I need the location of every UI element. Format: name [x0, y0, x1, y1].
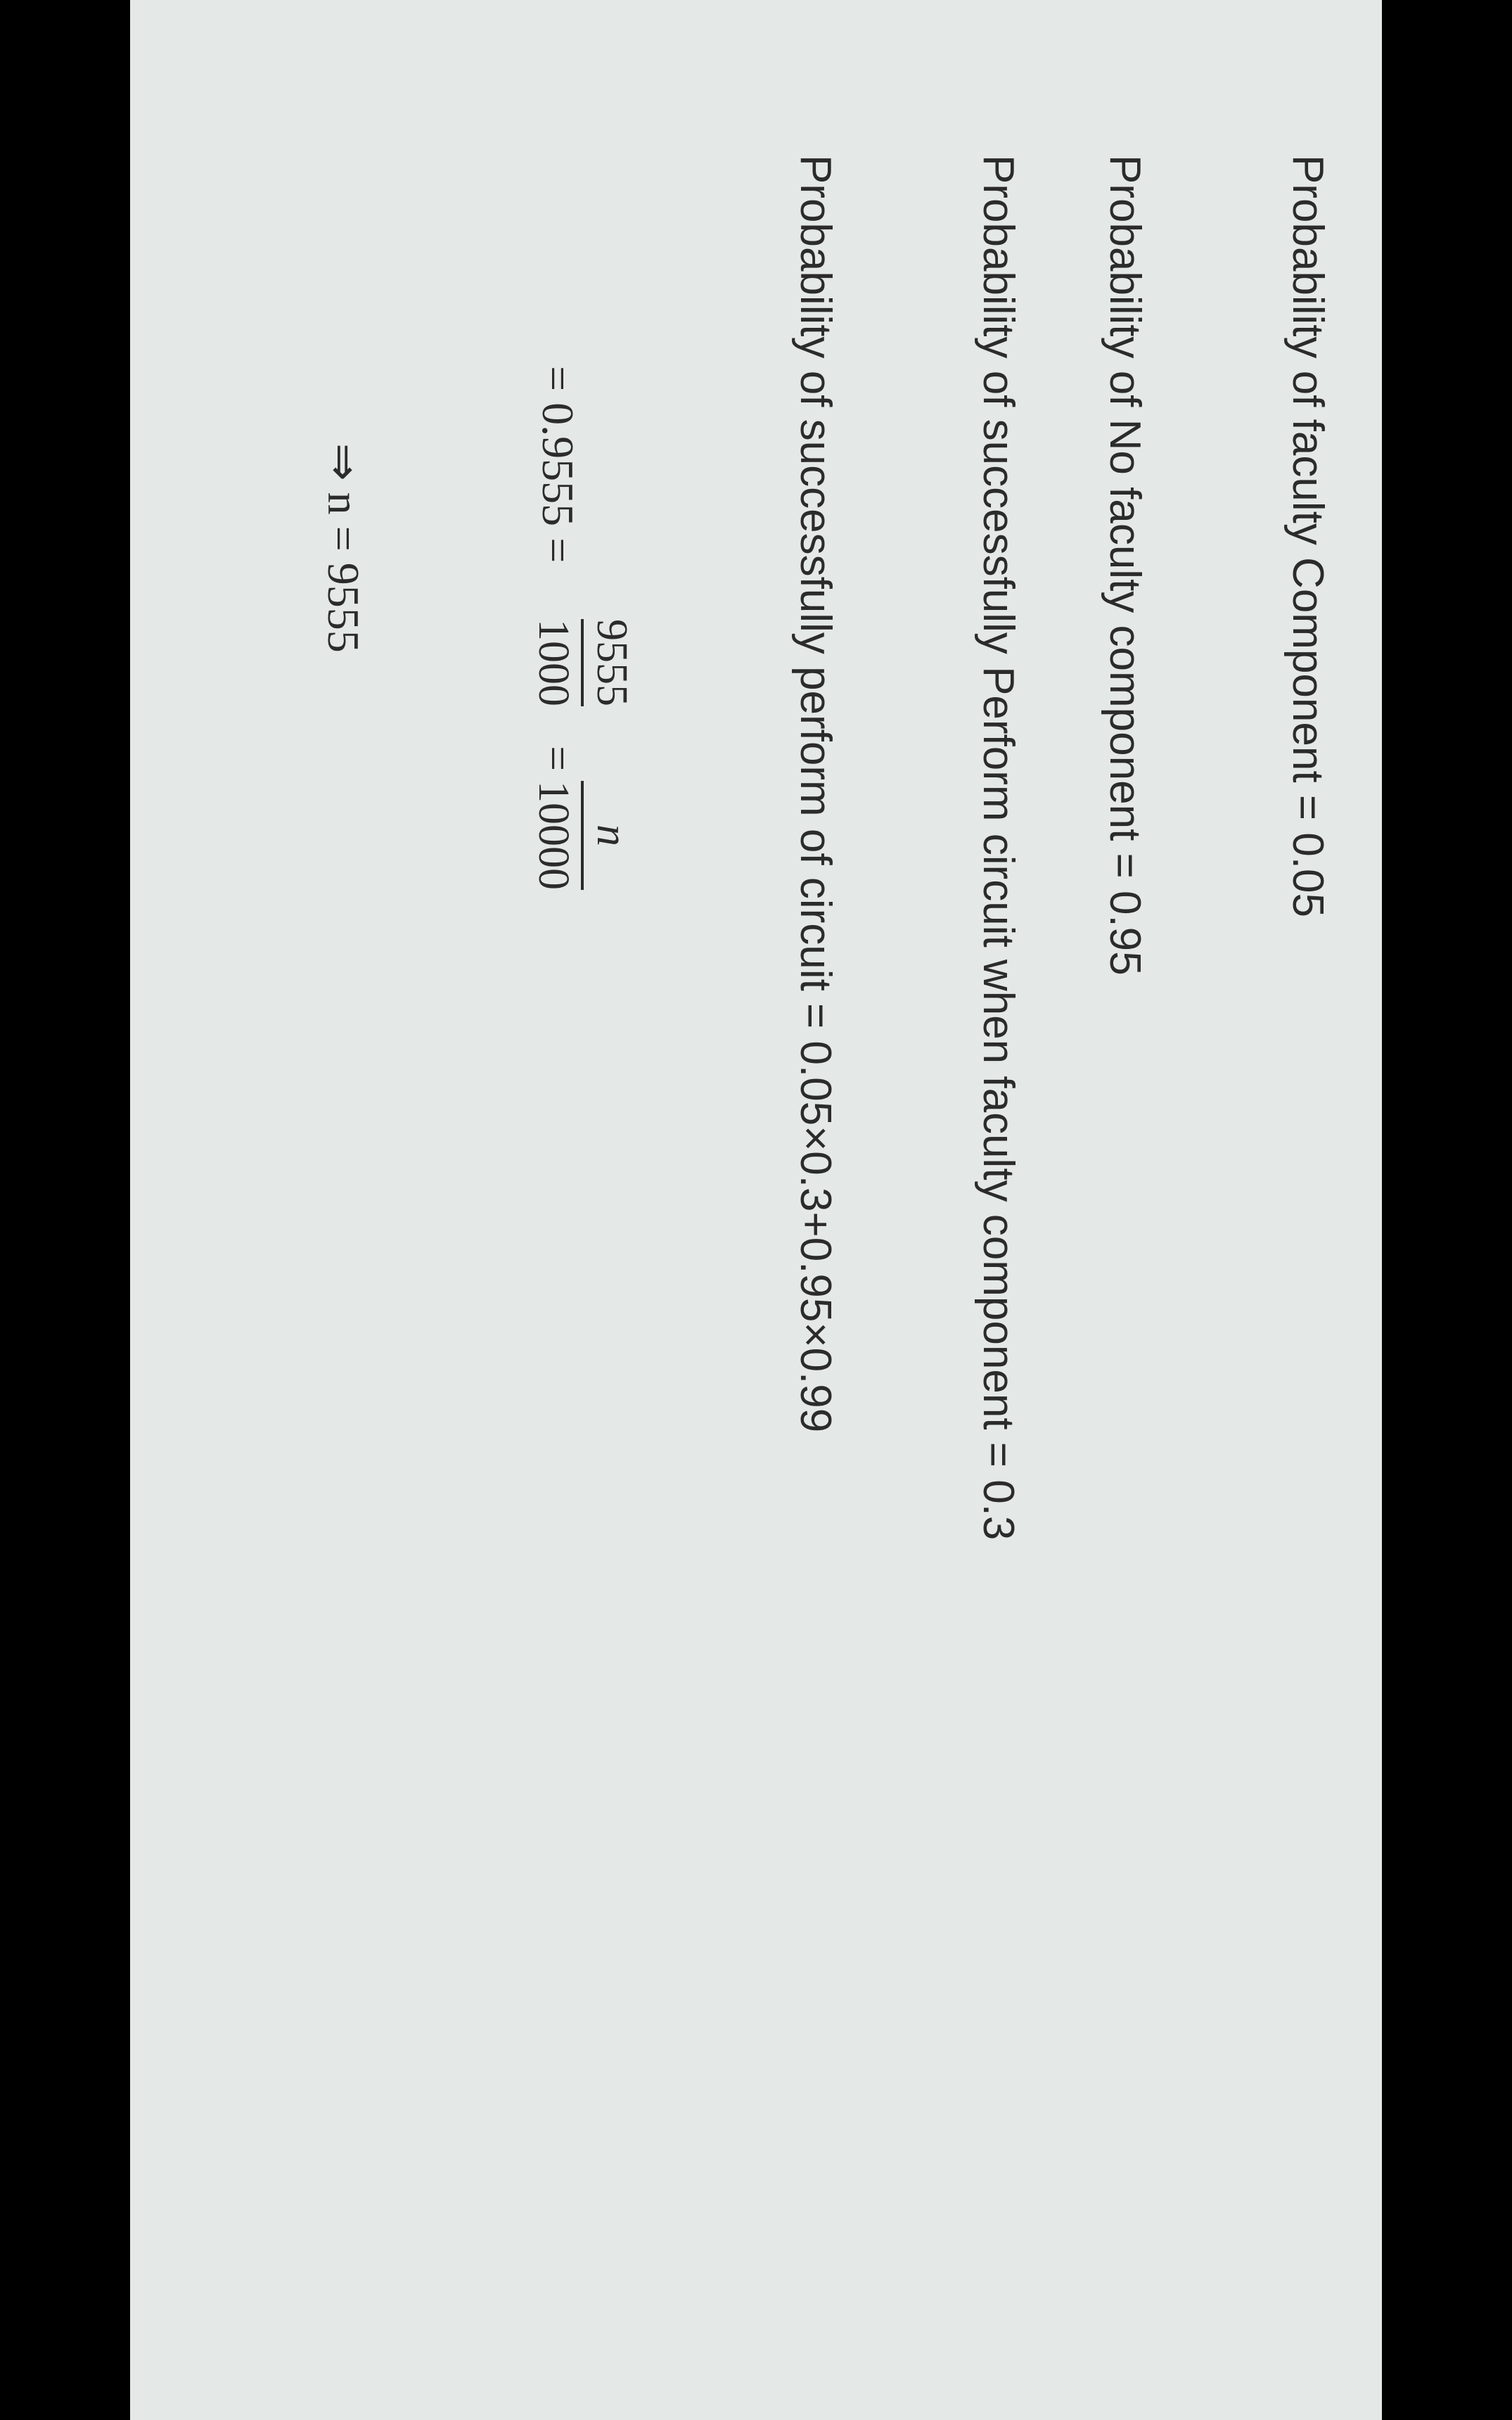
equation-lhs: = 0.9555 = — [532, 366, 584, 563]
line-no-faculty-probability: Probability of No faculty component = 0.… — [1100, 155, 1150, 976]
document-page: Probability of faculty Component = 0.05 … — [130, 0, 1382, 2420]
result-line: ⇒ n = 9555 — [317, 443, 369, 653]
equation-equals: = — [532, 746, 584, 771]
line-success-when-faculty: Probability of successfully Perform circ… — [973, 155, 1023, 1540]
fraction-2: n10000 — [528, 781, 636, 890]
fraction-1: 95551000 — [528, 619, 636, 706]
line-success-probability: Probability of successfully perform of c… — [790, 155, 840, 1432]
line-faculty-probability: Probability of faculty Component = 0.05 — [1283, 155, 1333, 917]
